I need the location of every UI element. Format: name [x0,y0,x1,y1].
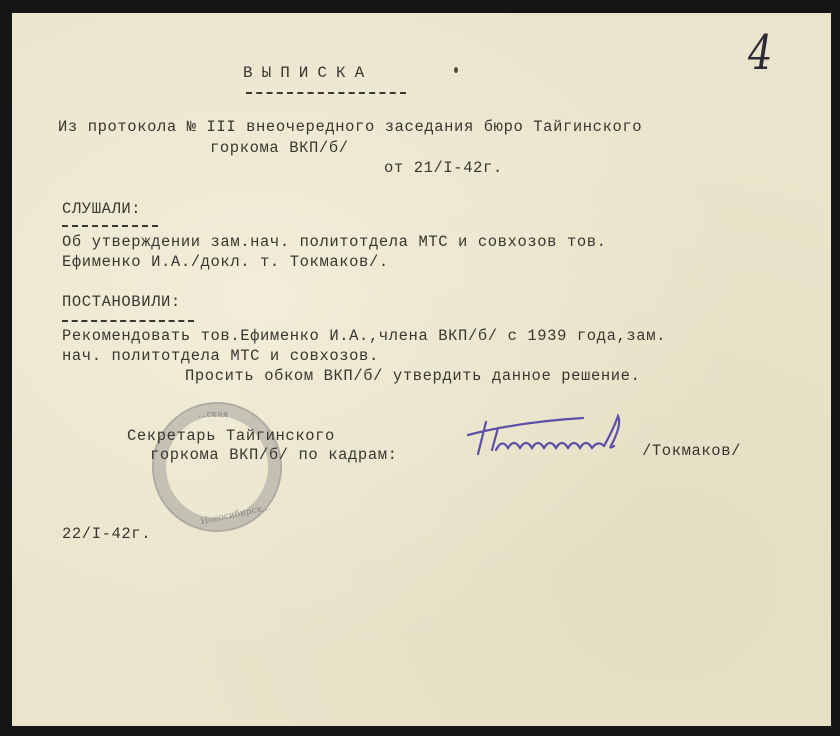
resolved-line-3: Просить обком ВКП/б/ утвердить данное ре… [185,367,640,385]
heard-line-1: Об утверждении зам.нач. политотдела МТС … [62,233,607,251]
resolved-underline [62,320,194,322]
document-date: 22/I-42г. [62,525,151,543]
signature-line-1: Секретарь Тайгинского [127,427,335,445]
handwritten-signature-icon [458,410,658,460]
header-date: от 21/I-42г. [384,159,503,177]
official-stamp: ...ская Новосибирск... [152,402,282,532]
title-underline [246,92,406,94]
stamp-top-text: ...ская [198,410,228,420]
signatory-name: /Токмаков/ [642,442,741,460]
document-title: ВЫПИСКА [243,64,373,82]
heard-label: СЛУШАЛИ: [62,200,141,218]
heard-line-2: Ефименко И.А./докл. т. Токмаков/. [62,253,389,271]
resolved-line-2: нач. политотдела МТС и совхозов. [62,347,379,365]
resolved-line-1: Рекомендовать тов.Ефименко И.А.,члена ВК… [62,327,666,345]
ink-mark [454,67,458,73]
signature-line-2: горкома ВКП/б/ по кадрам: [150,446,398,464]
resolved-label: ПОСТАНОВИЛИ: [62,293,181,311]
heard-underline [62,225,158,227]
header-line-2: горкома ВКП/б/ [210,139,349,157]
page-number: 4 [748,25,772,81]
header-line-1: Из протокола № III внеочередного заседан… [58,118,642,136]
